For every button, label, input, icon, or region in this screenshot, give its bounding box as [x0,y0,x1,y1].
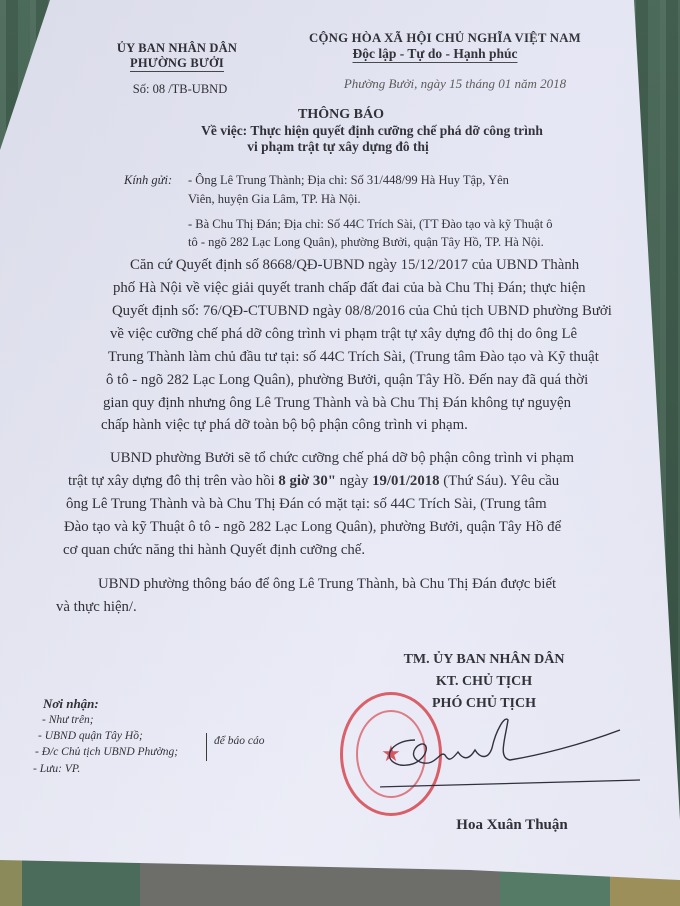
para1-line5: Trung Thành làm chủ đầu tư tại: số 44C T… [108,350,599,365]
doc-title: THÔNG BÁO [298,108,384,122]
doc-number: Số: 08 /TB-UBND [133,83,227,96]
nation-line1: CỘNG HÒA XÃ HỘI CHỦ NGHĨA VIỆT NAM [309,32,581,45]
signer-name: Hoa Xuân Thuận [456,818,567,833]
addressee-1-line2: Viên, huyện Gia Lâm, TP. Hà Nội. [188,193,361,206]
addressee-2-line2: tô - ngõ 282 Lạc Long Quân), phường Bưởi… [188,236,544,249]
recipient-3: - Đ/c Chủ tịch UBND Phường; [35,747,178,759]
subject-line2: vi phạm trật tự xây dựng đô thị [247,140,429,154]
place-date: Phường Bưởi, ngày 15 tháng 01 năm 2018 [344,77,566,90]
para1-line6: ô tô - ngõ 282 Lạc Long Quân), phường Bư… [106,373,588,388]
para2-line2-post: (Thứ Sáu). Yêu cầu [440,473,560,489]
nation-motto: Độc lập - Tự do - Hạnh phúc [352,47,517,63]
para1-line1: Căn cứ Quyết định số 8668/QĐ-UBND ngày 1… [130,258,579,273]
signature-title-3: PHÓ CHỦ TỊCH [432,697,536,711]
signature-mark [380,710,640,800]
signature-title-1: TM. ỦY BAN NHÂN DÂN [404,653,565,667]
official-stamp: ★ [340,692,442,816]
para1-line8: chấp hành việc tự phá dỡ toàn bộ bộ phận… [101,418,468,433]
notice-paper: ỦY BAN NHÂN DÂN PHƯỜNG BƯỞI Số: 08 /TB-U… [0,0,680,906]
stamp-star-icon: ★ [343,741,439,767]
para2-line2-mid: ngày [336,473,372,489]
addressee-1-line1: - Ông Lê Trung Thành; Địa chỉ: Số 31/448… [188,174,509,187]
addressee-label: Kính gửi: [124,174,172,187]
enforcement-date: 19/01/2018 [372,473,439,489]
addressee-2-line1: - Bà Chu Thị Đán; Địa chỉ: Số 44C Trích … [188,218,553,231]
issuer-line1: ỦY BAN NHÂN DÂN [117,42,237,55]
recipient-4: - Lưu: VP. [33,764,80,776]
para2-line4: Đào tạo và kỹ Thuật ô tô - ngõ 282 Lạc L… [64,520,561,535]
para1-line2: phố Hà Nội về việc giải quyết tranh chấp… [113,281,585,296]
para3-line2: và thực hiện/. [56,600,137,615]
issuer-line2: PHƯỜNG BƯỞI [130,57,224,72]
subject-line1: Về việc: Thực hiện quyết định cưỡng chế … [201,124,543,138]
para2-line2-pre: trật tự xây dựng đô thị trên vào hồi [68,473,278,489]
para2-line5: cơ quan chức năng thi hành Quyết định cư… [63,543,365,558]
recipients-note: để báo cáo [214,736,264,748]
para2-line3: ông Lê Trung Thành và bà Chu Thị Đán có … [66,497,547,512]
para1-line3: Quyết định số: 76/QĐ-CTUBND ngày 08/8/20… [112,304,612,319]
signature-title-2: KT. CHỦ TỊCH [436,675,532,689]
para1-line7: gian quy định nhưng ông Lê Trung Thành v… [103,396,571,411]
recipient-1: - Như trên; [42,715,94,727]
para1-line4: về việc cưỡng chế phá dỡ công trình vi p… [110,327,577,342]
para2-line2: trật tự xây dựng đô thị trên vào hồi 8 g… [68,474,559,489]
recipient-2: - UBND quận Tây Hồ; [38,731,143,743]
recipients-bracket [206,733,207,761]
enforcement-time: 8 giờ 30" [278,473,336,489]
recipients-label: Nơi nhận: [43,697,99,710]
para3-line1: UBND phường thông báo để ông Lê Trung Th… [98,577,556,592]
para2-line1: UBND phường Bưởi sẽ tổ chức cưỡng chế ph… [110,451,574,466]
